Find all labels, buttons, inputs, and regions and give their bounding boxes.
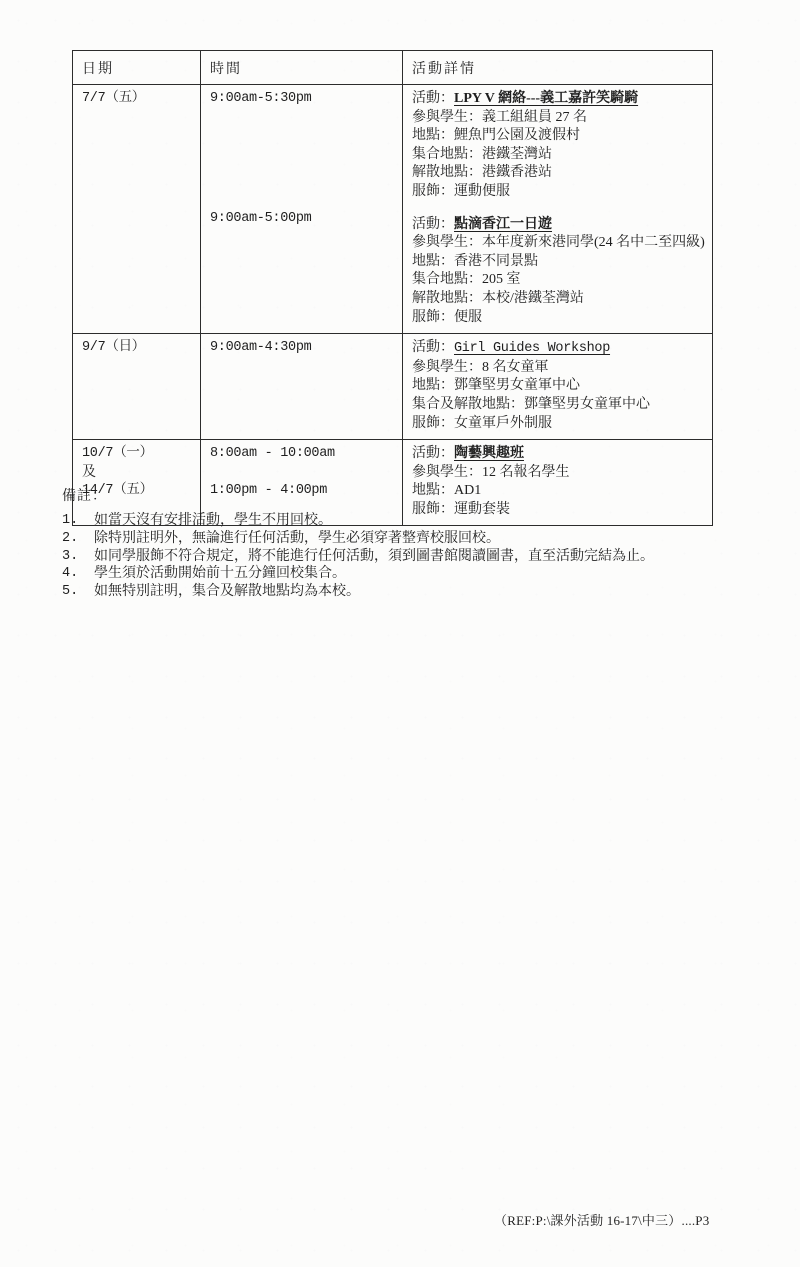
detail-line: 參與學生：8 名女童軍 [412,359,706,378]
detail-line: 地點：鄧肇堅男女童軍中心 [412,377,706,396]
notes-section: 備註： 1. 如當天沒有安排活動，學生不用回校。 2. 除特別註明外，無論進行任… [62,488,742,601]
detail-line: 集合及解散地點：鄧肇堅男女童軍中心 [412,396,706,415]
detail-line: 集合地點：205 室 [412,271,706,290]
footer-reference: （REF:P:\課外活動 16-17\中三）....P3 [494,1210,709,1229]
detail-line: 地點：香港不同景點 [412,253,706,272]
detail-line: 解散地點：港鐵香港站 [412,164,706,183]
activity-label: 活動： [412,217,454,232]
activity-schedule-table: 日期 時間 活動詳情 7/7（五） 9:00am-5:30pm 9:00am-5… [72,50,713,526]
detail-line: 參與學生：12 名報名學生 [412,464,706,483]
time-cell: 9:00am-5:30pm 9:00am-5:00pm [201,85,403,334]
date-value: 及 [82,464,194,483]
note-text: 除特別註明外，無論進行任何活動，學生必須穿著整齊校服回校。 [94,530,742,548]
table-row: 7/7（五） 9:00am-5:30pm 9:00am-5:00pm 活動：LP… [73,85,713,334]
time-cell: 9:00am-4:30pm [201,334,403,440]
detail-line: 地點：鯉魚門公園及渡假村 [412,127,706,146]
activity-name: LPY V 網絡---義工嘉許笑騎騎 [454,91,638,106]
details-cell: 活動：LPY V 網絡---義工嘉許笑騎騎 參與學生：義工組組員 27 名 地點… [403,85,713,334]
note-number: 4. [62,565,94,583]
detail-line: 服飾：便服 [412,309,706,328]
detail-line: 服飾：女童軍戶外制服 [412,415,706,434]
detail-line: 參與學生：本年度新來港同學(24 名中二至四級) [412,234,706,253]
activity-block: 活動：點滴香江一日遊 參與學生：本年度新來港同學(24 名中二至四級) 地點：香… [412,216,706,328]
time-value: 8:00am - 10:00am [210,445,396,464]
details-cell: 活動：Girl Guides Workshop 參與學生：8 名女童軍 地點：鄧… [403,334,713,440]
notes-title: 備註： [62,488,742,506]
time-value: 9:00am-5:00pm [210,210,396,229]
column-header-details: 活動詳情 [403,51,713,85]
note-text: 如無特別註明，集合及解散地點均為本校。 [94,583,742,601]
activity-label: 活動： [412,446,454,461]
date-cell: 7/7（五） [73,85,201,334]
note-text: 如同學服飾不符合規定，將不能進行任何活動，須到圖書館閱讀圖書，直至活動完結為止。 [94,548,742,566]
scanned-document-page: 日期 時間 活動詳情 7/7（五） 9:00am-5:30pm 9:00am-5… [0,0,800,1267]
spacer [210,464,396,483]
date-value: 10/7（一） [82,445,194,464]
note-number: 5. [62,583,94,601]
date-value: 7/7（五） [82,90,194,109]
note-text: 如當天沒有安排活動，學生不用回校。 [94,512,742,530]
activity-block: 活動：LPY V 網絡---義工嘉許笑騎騎 參與學生：義工組組員 27 名 地點… [412,90,706,202]
time-value: 9:00am-4:30pm [210,339,396,358]
detail-line: 服飾：運動便服 [412,183,706,202]
note-number: 2. [62,530,94,548]
column-header-date: 日期 [73,51,201,85]
time-value: 9:00am-5:30pm [210,90,396,109]
table-header-row: 日期 時間 活動詳情 [73,51,713,85]
note-item: 3. 如同學服飾不符合規定，將不能進行任何活動，須到圖書館閱讀圖書，直至活動完結… [62,548,742,566]
activity-name: Girl Guides Workshop [454,341,610,356]
detail-line: 參與學生：義工組組員 27 名 [412,109,706,128]
note-item: 5. 如無特別註明，集合及解散地點均為本校。 [62,583,742,601]
activity-label: 活動： [412,340,454,355]
activity-name: 陶藝興趣班 [454,446,524,461]
note-item: 1. 如當天沒有安排活動，學生不用回校。 [62,512,742,530]
note-number: 3. [62,548,94,566]
activity-name: 點滴香江一日遊 [454,217,552,232]
column-header-time: 時間 [201,51,403,85]
detail-line: 集合地點：港鐵荃灣站 [412,146,706,165]
activity-label: 活動： [412,91,454,106]
note-number: 1. [62,512,94,530]
note-item: 2. 除特別註明外，無論進行任何活動，學生必須穿著整齊校服回校。 [62,530,742,548]
date-value: 9/7（日） [82,339,194,358]
note-text: 學生須於活動開始前十五分鐘回校集合。 [94,565,742,583]
note-item: 4. 學生須於活動開始前十五分鐘回校集合。 [62,565,742,583]
date-cell: 9/7（日） [73,334,201,440]
detail-line: 解散地點：本校/港鐵荃灣站 [412,290,706,309]
table-row: 9/7（日） 9:00am-4:30pm 活動：Girl Guides Work… [73,334,713,440]
